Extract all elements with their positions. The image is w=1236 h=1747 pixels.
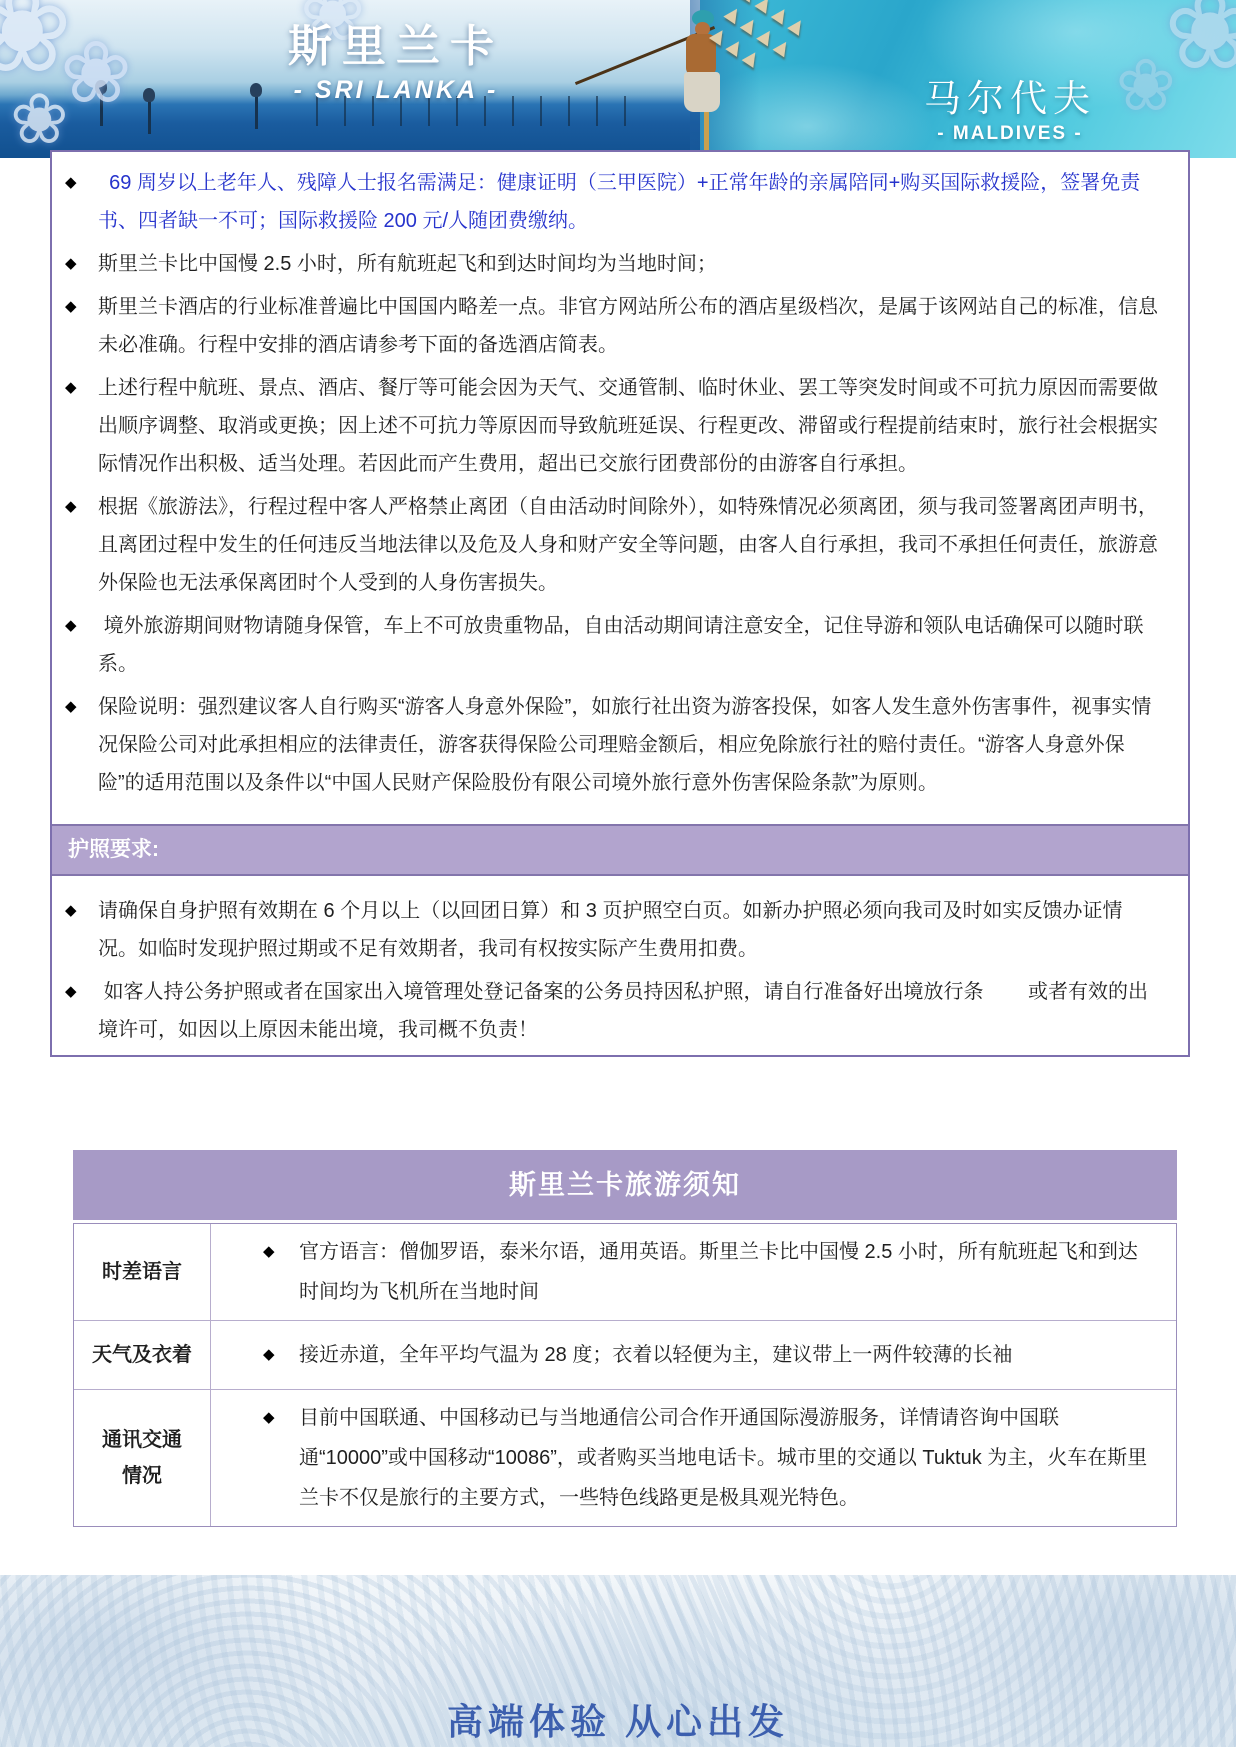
sri-lanka-title-en: - SRI LANKA - xyxy=(236,76,556,105)
sri-lanka-title-cn: 斯里兰卡 xyxy=(236,10,556,74)
table-row: 天气及衣着 ◆ 接近赤道，全年平均气温为 28 度；衣着以轻便为主，建议带上一两… xyxy=(74,1321,1176,1390)
diamond-bullet-icon: ◆ xyxy=(65,488,89,526)
notice-bullet: ◆ 斯里兰卡比中国慢 2.5 小时，所有航班起飞和到达时间均为当地时间； xyxy=(52,245,1188,283)
diamond-bullet-icon: ◆ xyxy=(65,245,89,283)
stilt-fisherman-icon xyxy=(148,100,151,134)
notice-bullet-text: 斯里兰卡酒店的行业标准普遍比中国国内略差一点。非官方网站所公布的酒店星级档次，是… xyxy=(98,296,1158,356)
diamond-bullet-icon: ◆ xyxy=(263,1335,275,1375)
flower-decoration-icon: ❀ xyxy=(1116,50,1176,122)
diamond-bullet-icon: ◆ xyxy=(65,288,89,326)
row-content: ◆ 官方语言：僧伽罗语，泰米尔语，通用英语。斯里兰卡比中国慢 2.5 小时，所有… xyxy=(211,1224,1176,1320)
footer-wave-texture: 高端体验 从心出发 xyxy=(0,1575,1236,1747)
page: ▲▲▲▲ ▲▲▲▲ ▲▲▲ ❀ ❀ ❀ ❀ ❀ ❀ 斯里兰卡 - SRI LAN… xyxy=(0,0,1236,1747)
passport-bullet: ◆ 如客人持公务护照或者在国家出入境管理处登记备案的公务员持因私护照，请自行准备… xyxy=(52,973,1188,1049)
maldives-title-cn: 马尔代夫 xyxy=(900,68,1120,122)
diamond-bullet-icon: ◆ xyxy=(65,164,89,202)
passport-bullet-list: ◆ 请确保自身护照有效期在 6 个月以上（以回团日算）和 3 页护照空白页。如新… xyxy=(52,876,1188,1049)
row-content: ◆ 接近赤道，全年平均气温为 28 度；衣着以轻便为主，建议带上一两件较薄的长袖 xyxy=(211,1321,1176,1389)
diamond-bullet-icon: ◆ xyxy=(65,607,89,645)
notice-bullet: ◆ 保险说明：强烈建议客人自行购买“游客人身意外保险”，如旅行社出资为游客投保，… xyxy=(52,688,1188,802)
travel-notice-table: 斯里兰卡旅游须知 时差语言 ◆ 官方语言：僧伽罗语，泰米尔语，通用英语。斯里兰卡… xyxy=(73,1150,1177,1527)
row-text: 目前中国联通、中国移动已与当地通信公司合作开通国际漫游服务，详情请咨询中国联通“… xyxy=(299,1407,1147,1509)
notice-box: ◆ 69 周岁以上老年人、残障人士报名需满足：健康证明（三甲医院）+正常年龄的亲… xyxy=(50,150,1190,1057)
diamond-bullet-icon: ◆ xyxy=(65,369,89,407)
table-grid: 时差语言 ◆ 官方语言：僧伽罗语，泰米尔语，通用英语。斯里兰卡比中国慢 2.5 … xyxy=(73,1223,1177,1527)
notice-bullet: ◆ 根据《旅游法》，行程过程中客人严格禁止离团（自由活动时间除外），如特殊情况必… xyxy=(52,488,1188,602)
notice-bullet-text: 根据《旅游法》，行程过程中客人严格禁止离团（自由活动时间除外），如特殊情况必须离… xyxy=(98,496,1158,594)
diamond-bullet-icon: ◆ xyxy=(65,892,89,930)
passport-requirements-header: 护照要求: xyxy=(52,824,1188,876)
flower-decoration-icon: ❀ xyxy=(10,84,69,154)
table-row: 时差语言 ◆ 官方语言：僧伽罗语，泰米尔语，通用英语。斯里兰卡比中国慢 2.5 … xyxy=(74,1224,1176,1321)
row-label: 天气及衣着 xyxy=(74,1321,211,1389)
row-text: 接近赤道，全年平均气温为 28 度；衣着以轻便为主，建议带上一两件较薄的长袖 xyxy=(299,1344,1012,1366)
banner-title-sri-lanka: 斯里兰卡 - SRI LANKA - xyxy=(236,10,556,105)
diamond-bullet-icon: ◆ xyxy=(65,688,89,726)
table-title: 斯里兰卡旅游须知 xyxy=(73,1150,1177,1220)
diamond-bullet-icon: ◆ xyxy=(65,973,89,1011)
row-text: 官方语言：僧伽罗语，泰米尔语，通用英语。斯里兰卡比中国慢 2.5 小时，所有航班… xyxy=(299,1241,1138,1303)
row-label: 时差语言 xyxy=(74,1224,211,1320)
footer-slogan: 高端体验 从心出发 xyxy=(0,1694,1236,1745)
notice-bullet: ◆ 境外旅游期间财物请随身保管，车上不可放贵重物品，自由活动期间请注意安全，记住… xyxy=(52,607,1188,683)
diamond-bullet-icon: ◆ xyxy=(263,1232,275,1272)
notice-bullet-text: 斯里兰卡比中国慢 2.5 小时，所有航班起飞和到达时间均为当地时间； xyxy=(98,253,717,275)
flower-decoration-icon: ❀ xyxy=(60,30,132,116)
row-content: ◆ 目前中国联通、中国移动已与当地通信公司合作开通国际漫游服务，详情请咨询中国联… xyxy=(211,1390,1176,1526)
passport-bullet-text: 如客人持公务护照或者在国家出入境管理处登记备案的公务员持因私护照，请自行准备好出… xyxy=(98,981,1148,1041)
diamond-bullet-icon: ◆ xyxy=(263,1398,275,1438)
notice-bullet: ◆ 上述行程中航班、景点、酒店、餐厅等可能会因为天气、交通管制、临时休业、罢工等… xyxy=(52,369,1188,483)
notice-bullet: ◆ 69 周岁以上老年人、残障人士报名需满足：健康证明（三甲医院）+正常年龄的亲… xyxy=(52,164,1188,240)
banner-title-maldives: 马尔代夫 - MALDIVES - xyxy=(900,68,1120,145)
table-row: 通讯交通 情况 ◆ 目前中国联通、中国移动已与当地通信公司合作开通国际漫游服务，… xyxy=(74,1390,1176,1526)
row-label: 通讯交通 情况 xyxy=(74,1390,211,1526)
passport-bullet: ◆ 请确保自身护照有效期在 6 个月以上（以回团日算）和 3 页护照空白页。如新… xyxy=(52,892,1188,968)
banner: ▲▲▲▲ ▲▲▲▲ ▲▲▲ ❀ ❀ ❀ ❀ ❀ ❀ 斯里兰卡 - SRI LAN… xyxy=(0,0,1236,158)
notice-bullet-text: 69 周岁以上老年人、残障人士报名需满足：健康证明（三甲医院）+正常年龄的亲属陪… xyxy=(98,172,1140,232)
maldives-title-en: - MALDIVES - xyxy=(900,123,1120,145)
notice-bullet-text: 上述行程中航班、景点、酒店、餐厅等可能会因为天气、交通管制、临时休业、罢工等突发… xyxy=(98,377,1158,475)
notice-bullet: ◆ 斯里兰卡酒店的行业标准普遍比中国国内略差一点。非官方网站所公布的酒店星级档次… xyxy=(52,288,1188,364)
passport-bullet-text: 请确保自身护照有效期在 6 个月以上（以回团日算）和 3 页护照空白页。如新办护… xyxy=(98,900,1122,960)
notice-bullet-text: 保险说明：强烈建议客人自行购买“游客人身意外保险”，如旅行社出资为游客投保，如客… xyxy=(98,696,1151,794)
notice-bullet-text: 境外旅游期间财物请随身保管，车上不可放贵重物品，自由活动期间请注意安全，记住导游… xyxy=(98,615,1144,675)
